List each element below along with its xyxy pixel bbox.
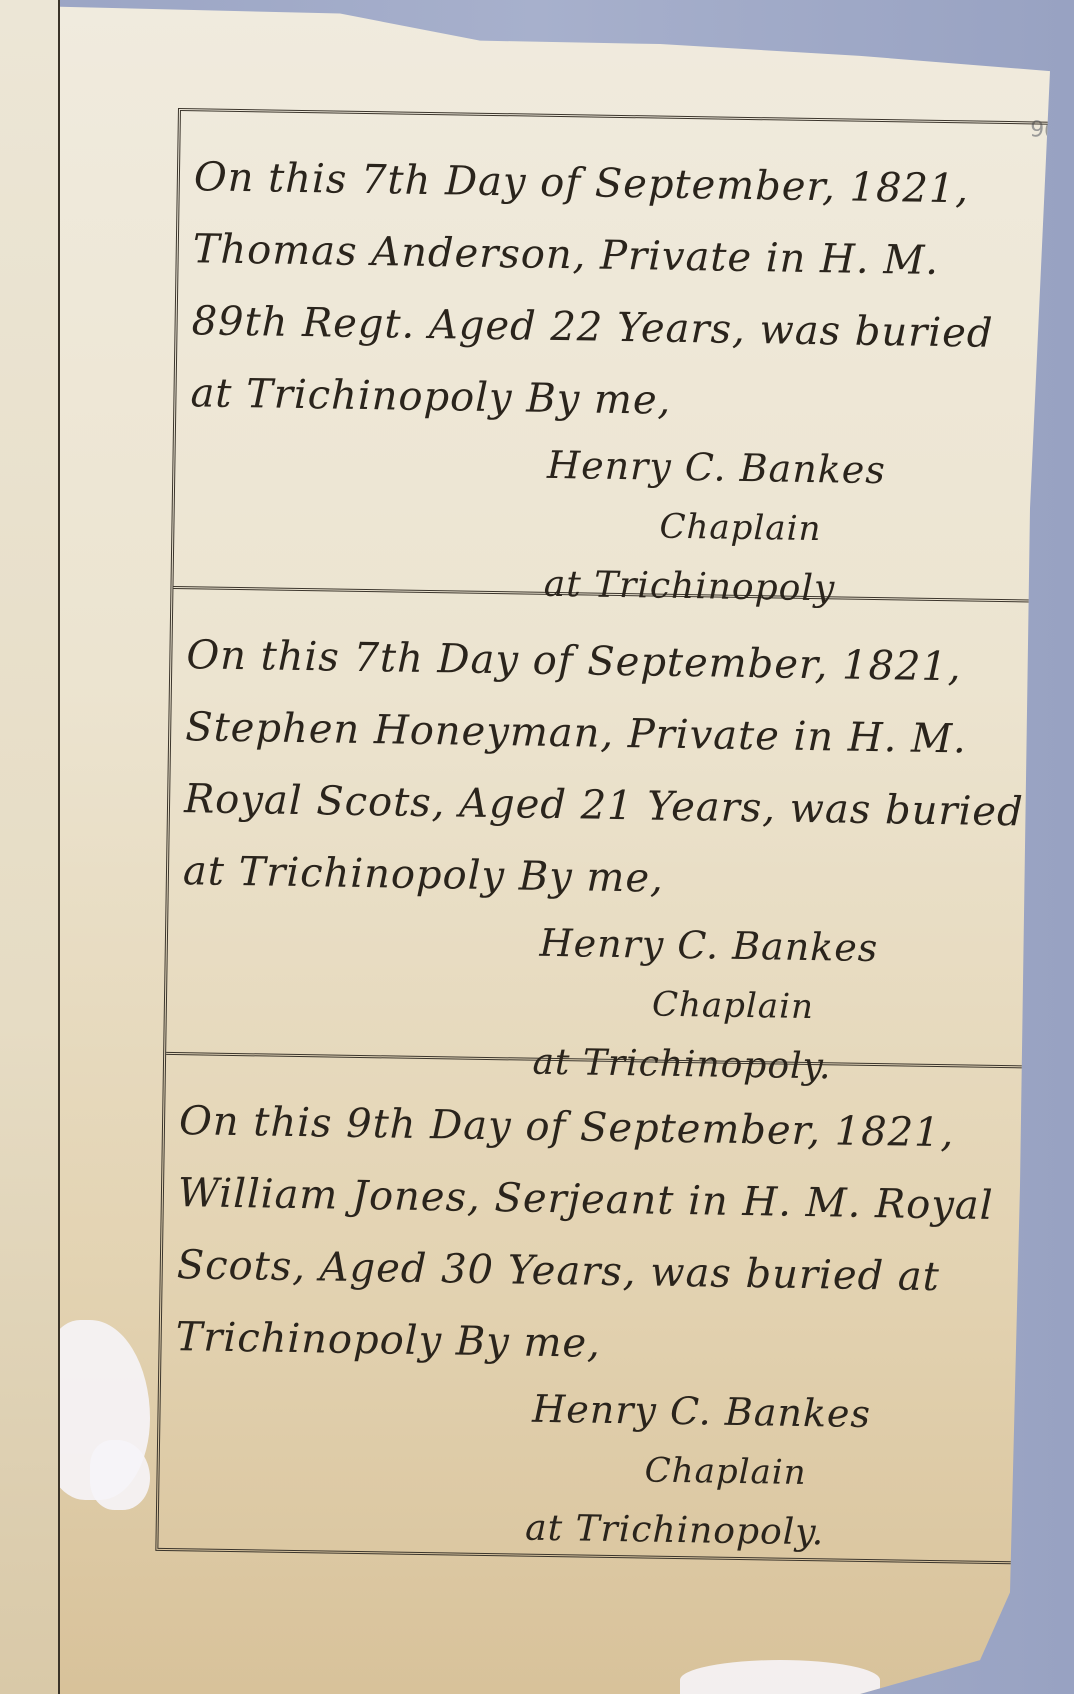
entry-line: Trichinopoly By me, — [175, 1301, 1030, 1386]
entry-line: William Jones, Serjeant in H. M. Royal — [177, 1157, 1032, 1242]
entry-line: 89th Regt. Aged 22 Years, was buried — [191, 285, 1046, 370]
paper-damage-tear — [680, 1660, 880, 1694]
entry-line: at Trichinopoly By me, — [182, 835, 1037, 920]
entry-line: at Trichinopoly By me, — [190, 357, 1045, 442]
burial-entry: On this 7th Day of September, 1821, Thom… — [173, 111, 1062, 603]
signature-block: Henry C. Bankes Chaplain at Trichinopoly… — [172, 1373, 1029, 1566]
entry-line: On this 7th Day of September, 1821, — [193, 141, 1048, 226]
entry-line: On this 7th Day of September, 1821, — [186, 619, 1041, 704]
adjacent-page-edge — [0, 0, 60, 1694]
entry-text: On this 7th Day of September, 1821, Step… — [182, 589, 1041, 920]
entry-line: Thomas Anderson, Private in H. M. — [192, 213, 1047, 298]
entry-line: Scots, Aged 30 Years, was buried at — [176, 1229, 1031, 1314]
burial-entry: On this 9th Day of September, 1821, Will… — [158, 1055, 1048, 1559]
entry-line: On this 9th Day of September, 1821, — [179, 1085, 1034, 1170]
entry-line: Stephen Honeyman, Private in H. M. — [185, 691, 1040, 776]
ruled-frame: On this 7th Day of September, 1821, Thom… — [155, 108, 1066, 1565]
burial-entry: On this 7th Day of September, 1821, Step… — [166, 589, 1055, 1069]
register-page: 96 On this 7th Day of September, 1821, T… — [60, 0, 1060, 1694]
entry-text: On this 9th Day of September, 1821, Will… — [175, 1055, 1034, 1386]
entry-text: On this 7th Day of September, 1821, Thom… — [190, 111, 1049, 442]
signature-place: at Trichinopoly. — [172, 1493, 1027, 1566]
entry-line: Royal Scots, Aged 21 Years, was buried — [184, 763, 1039, 848]
